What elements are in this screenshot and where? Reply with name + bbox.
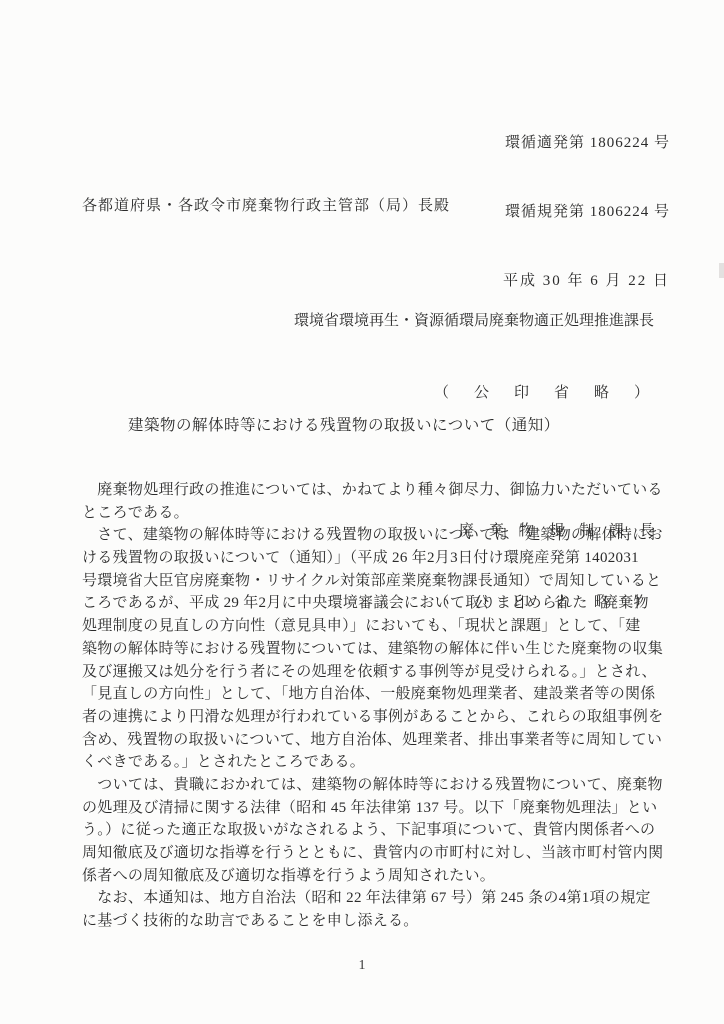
scan-artifact <box>719 263 724 278</box>
sender-block-gap <box>294 453 654 471</box>
body-line: くべきである。」とされたところである。 <box>82 751 652 774</box>
body-line: 号環境省大臣官房廃棄物・リサイクル対策部産業廃棄物課長通知）で周知していると <box>82 570 652 593</box>
body-line: ところである。 <box>82 502 652 525</box>
body-line: 処理制度の見直しの方向性（意見具申）」においても、「現状と課題」として、「建 <box>82 615 652 638</box>
body-line: ける残置物の取扱いについて（通知）」（平成 26 年2月3日付け環廃産発第 14… <box>82 547 652 570</box>
body-line: 係者への周知徹底及び適切な指導を行うよう周知されたい。 <box>82 865 652 888</box>
body-line: う。）に従った適正な取扱いがなされるよう、下記事項について、貴管内関係者への <box>82 819 652 842</box>
body-line: の処理及び清掃に関する法律（昭和 45 年法律第 137 号。以下「廃棄物処理法… <box>82 797 652 820</box>
body-line: 周知徹底及び適切な指導を行うとともに、貴管内の市町村に対し、当該市町村管内関 <box>82 842 652 865</box>
addressee-line: 各都道府県・各政令市廃棄物行政主管部（局）長殿 <box>82 194 450 215</box>
body-line: 築物の解体時等における残置物については、建築物の解体に伴い生じた廃棄物の収集 <box>82 638 652 661</box>
doc-number-line: 環循規発第 1806224 号 <box>503 201 670 224</box>
body-line: に基づく技術的な助言であることを申し添える。 <box>82 910 652 933</box>
page-number: 1 <box>0 958 724 974</box>
body-line: ころであるが、平成 29 年2月に中央環境審議会において取りまとめられた「廃棄物 <box>82 592 652 615</box>
document-body: 廃棄物処理行政の推進については、かねてより種々御尽力、御協力いただいている とこ… <box>82 479 652 933</box>
body-line: 「見直しの方向性」として、「地方自治体、一般廃棄物処理業者、建設業者等の関係 <box>82 683 652 706</box>
document-page: 環循適発第 1806224 号 環循規発第 1806224 号 平成 30 年 … <box>0 0 724 1024</box>
body-line: 含め、残置物の取扱いについて、地方自治体、処理業者、排出事業者等に周知してい <box>82 729 652 752</box>
body-line: なお、本通知は、地方自治法（昭和 22 年法律第 67 号）第 245 条の4第… <box>82 887 652 910</box>
doc-number-line: 環循適発第 1806224 号 <box>503 132 670 155</box>
body-line: ついては、貴職におかれては、建築物の解体時等における残置物について、廃棄物 <box>82 774 652 797</box>
body-line: 及び運搬又は処分を行う者にその処理を依頼する事例等が見受けられる。」とされ、 <box>82 661 652 684</box>
seal-omitted-line: （ 公 印 省 略 ） <box>294 381 654 405</box>
body-line: 者の連携により円滑な処理が行われている事例があることから、これらの取組事例を <box>82 706 652 729</box>
body-line: さて、建築物の解体時等における残置物の取扱いについては「建築物の解体時にお <box>82 524 652 547</box>
document-title: 建築物の解体時等における残置物の取扱いについて（通知） <box>128 413 560 435</box>
body-line: 廃棄物処理行政の推進については、かねてより種々御尽力、御協力いただいている <box>82 479 652 502</box>
sender-org-line: 環境省環境再生・資源循環局廃棄物適正処理推進課長 <box>294 309 654 333</box>
